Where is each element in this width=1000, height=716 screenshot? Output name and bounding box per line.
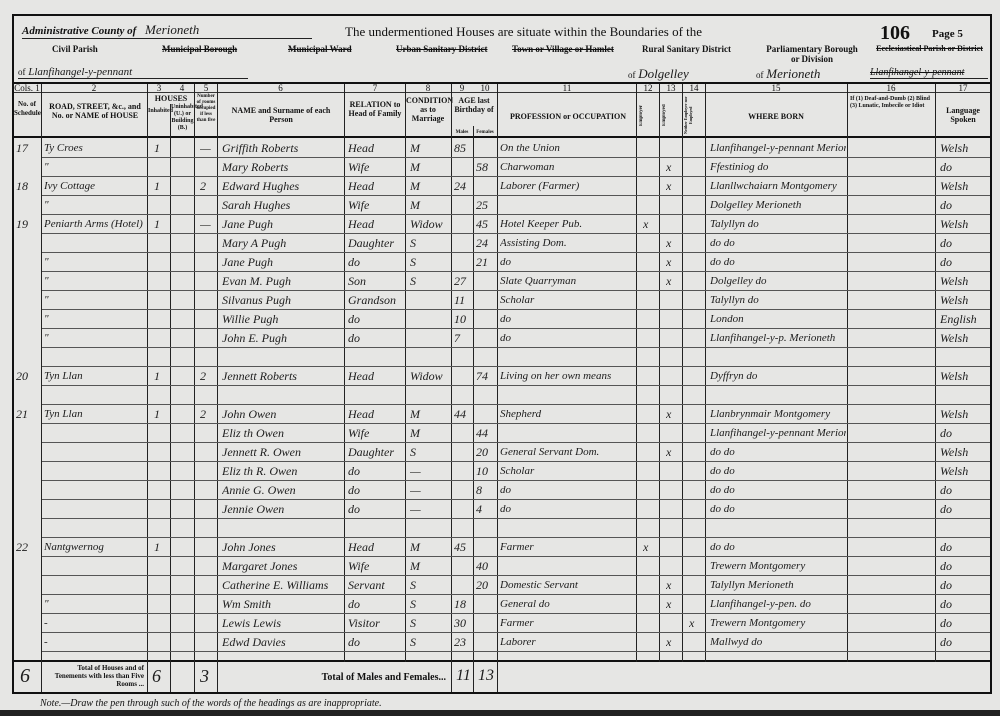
person-name: Willie Pugh (222, 311, 344, 327)
condition: M (410, 425, 450, 441)
row-rule (42, 423, 990, 424)
condition: S (410, 254, 450, 270)
person-name: Edward Hughes (222, 178, 344, 194)
heading-age: AGE last Birthday of (452, 96, 496, 114)
employed: x (666, 273, 680, 289)
person-name: Jennett Roberts (222, 368, 344, 384)
relation: Head (348, 178, 404, 194)
heading-condition: CONDITION as to Marriage (406, 96, 450, 123)
condition: S (410, 444, 450, 460)
town-village-label: Town or Village or Hamlet (512, 44, 614, 54)
col-number: 7 (345, 83, 405, 93)
divider (14, 660, 990, 662)
employed: x (666, 178, 680, 194)
relation: Head (348, 539, 404, 555)
where-born: London (710, 311, 846, 327)
relation: Grandson (348, 292, 404, 308)
neither: x (689, 615, 703, 631)
employed: x (666, 444, 680, 460)
heading-inhabited: Inhabited (148, 108, 170, 115)
row-rule (42, 651, 990, 652)
condition: M (410, 197, 450, 213)
language: do (940, 634, 990, 650)
heading-schedule: No. of Schedule (14, 100, 40, 118)
relation: Daughter (348, 444, 404, 460)
schedule-number: 19 (16, 216, 40, 232)
condition: M (410, 406, 450, 422)
occupation: do (500, 254, 635, 270)
employed: x (666, 159, 680, 175)
condition: S (410, 577, 450, 593)
age-female: 58 (476, 159, 496, 175)
relation: Daughter (348, 235, 404, 251)
scan-edge (0, 710, 1000, 716)
person-name: Eliz th R. Owen (222, 463, 344, 479)
civil-parish-label: Civil Parish (52, 44, 98, 54)
employed: x (666, 634, 680, 650)
schedule-number: 18 (16, 178, 40, 194)
row-rule (42, 347, 990, 348)
language: Welsh (940, 368, 990, 384)
relation: do (348, 596, 404, 612)
road-name: " (44, 311, 146, 327)
heading-road: ROAD, STREET, &c., and No. or NAME of HO… (44, 102, 146, 120)
col-number: Cols. 1 (14, 83, 40, 93)
person-name: Griffith Roberts (222, 140, 344, 156)
col-number: 12 (637, 83, 659, 93)
road-name: Peniarth Arms (Hotel) (44, 216, 146, 232)
relation: do (348, 254, 404, 270)
person-name: Jennett R. Owen (222, 444, 344, 460)
employed: x (666, 596, 680, 612)
heading-employer: Employer (637, 100, 659, 130)
where-born: Talyllyn Merioneth (710, 577, 846, 593)
condition: S (410, 235, 450, 251)
col-number: 16 (848, 83, 934, 93)
person-name: Silvanus Pugh (222, 292, 344, 308)
where-born: Trewern Montgomery (710, 558, 846, 574)
urban-sanitary-label: Urban Sanitary District (396, 44, 488, 54)
language: Welsh (940, 292, 990, 308)
road-name: Tyn Llan (44, 368, 146, 384)
person-name: Jane Pugh (222, 254, 344, 270)
language: do (940, 501, 990, 517)
age-female: 4 (476, 501, 496, 517)
road-name: " (44, 273, 146, 289)
employed: x (666, 254, 680, 270)
row-rule (42, 271, 990, 272)
parliamentary-value: Merioneth (766, 66, 820, 81)
where-born: do do (710, 482, 846, 498)
road-name: " (44, 159, 146, 175)
heading-employed: Employed (660, 100, 682, 130)
total-females: 13 (478, 668, 494, 684)
language: Welsh (940, 406, 990, 422)
road-name: " (44, 254, 146, 270)
boundaries-text: The undermentioned Houses are situate wi… (345, 24, 702, 40)
language: Welsh (940, 273, 990, 289)
condition: M (410, 178, 450, 194)
row-rule (42, 366, 990, 367)
heading-occupation: PROFESSION or OCCUPATION (500, 112, 636, 121)
age-male: 11 (454, 292, 472, 308)
schedule-number: 21 (16, 406, 40, 422)
where-born: Dolgelley do (710, 273, 846, 289)
civil-parish-field: of Llanfihangel-y-pennant (18, 66, 248, 79)
inhabited: 1 (154, 539, 168, 555)
column-line (473, 126, 474, 692)
occupation: Domestic Servant (500, 577, 635, 593)
age-female: 10 (476, 463, 496, 479)
age-female: 74 (476, 368, 496, 384)
language: do (940, 615, 990, 631)
relation: Wife (348, 425, 404, 441)
heading-relation: RELATION to Head of Family (345, 100, 405, 118)
folio-number: 106 (880, 22, 910, 45)
relation: Servant (348, 577, 404, 593)
where-born: Dyffryn do (710, 368, 846, 384)
occupation: Farmer (500, 539, 635, 555)
occupation: do (500, 330, 635, 346)
relation: Wife (348, 159, 404, 175)
ecclesiastical-label: Ecclesiastical Parish or District (872, 44, 987, 53)
heading-neither: Neither Employer nor Employed (683, 96, 705, 134)
where-born: do do (710, 235, 846, 251)
age-female: 24 (476, 235, 496, 251)
census-page: Administrative County of Merioneth The u… (0, 0, 1000, 716)
total-houses-label: Total of Houses and of Tenements with le… (48, 664, 144, 688)
age-male: 45 (454, 539, 472, 555)
schedule-number: 20 (16, 368, 40, 384)
occupation: Hotel Keeper Pub. (500, 216, 635, 232)
total-inhabited: 6 (152, 668, 161, 684)
person-name: John E. Pugh (222, 330, 344, 346)
heading-where-born: WHERE BORN (706, 112, 846, 121)
where-born: do do (710, 444, 846, 460)
where-born: Talyllyn do (710, 292, 846, 308)
language: Welsh (940, 330, 990, 346)
condition: — (410, 482, 450, 498)
age-male: 24 (454, 178, 472, 194)
heading-name: NAME and Surname of each Person (226, 106, 336, 124)
parliamentary-field: of Merioneth (756, 66, 861, 83)
row-rule (42, 157, 990, 158)
road-name: " (44, 292, 146, 308)
rooms: 2 (200, 178, 214, 194)
col-number: 11 (498, 83, 636, 93)
inhabited: 1 (154, 406, 168, 422)
total-schedules: 6 (20, 668, 30, 684)
page-label: Page 5 (932, 28, 963, 40)
col-number: 3 (148, 83, 170, 93)
where-born: Llanllwchaiarn Montgomery (710, 178, 846, 194)
relation: do (348, 330, 404, 346)
where-born: do do (710, 254, 846, 270)
relation: Head (348, 216, 404, 232)
admin-county-label: Administrative County of (22, 25, 136, 37)
relation: do (348, 311, 404, 327)
language: do (940, 596, 990, 612)
age-male: 30 (454, 615, 472, 631)
relation: Visitor (348, 615, 404, 631)
condition: Widow (410, 216, 450, 232)
where-born: Llanfihangel-y-pen. do (710, 596, 846, 612)
age-male: 7 (454, 330, 472, 346)
row-rule (42, 632, 990, 633)
age-male: 18 (454, 596, 472, 612)
row-rule (42, 290, 990, 291)
col-number: 9 (452, 83, 472, 93)
occupation: General do (500, 596, 635, 612)
ecclesiastical-field: Llanfihangel-y-pennant (870, 66, 988, 79)
row-rule (42, 385, 990, 386)
age-female: 20 (476, 577, 496, 593)
person-name: Edwd Davies (222, 634, 344, 650)
relation: Wife (348, 197, 404, 213)
total-males: 11 (456, 668, 471, 684)
where-born: Llanfihangel-y-p. Merioneth (710, 330, 846, 346)
person-name: John Owen (222, 406, 344, 422)
occupation: Assisting Dom. (500, 235, 635, 251)
municipal-borough-label: Municipal Borough (162, 44, 237, 54)
row-rule (42, 252, 990, 253)
condition: M (410, 140, 450, 156)
condition: S (410, 273, 450, 289)
ecclesiastical-value: Llanfihangel-y-pennant (870, 67, 964, 78)
where-born: Trewern Montgomery (710, 615, 846, 631)
road-name: Ivy Cottage (44, 178, 146, 194)
language: do (940, 539, 990, 555)
occupation: Slate Quarryman (500, 273, 635, 289)
row-rule (42, 556, 990, 557)
relation: do (348, 482, 404, 498)
occupation: Shepherd (500, 406, 635, 422)
age-female: 40 (476, 558, 496, 574)
condition: — (410, 463, 450, 479)
municipal-ward-label: Municipal Ward (288, 44, 352, 54)
relation: do (348, 634, 404, 650)
condition: M (410, 159, 450, 175)
condition: S (410, 596, 450, 612)
schedule-number: 22 (16, 539, 40, 555)
where-born: Ffestiniog do (710, 159, 846, 175)
row-rule (42, 613, 990, 614)
heading-uninhabited: Uninhabited (U.) or Building (B.) (171, 104, 194, 132)
row-rule (42, 575, 990, 576)
road-name: " (44, 197, 146, 213)
language: do (940, 235, 990, 251)
person-name: Jane Pugh (222, 216, 344, 232)
occupation: Living on her own means (500, 368, 635, 384)
age-female: 45 (476, 216, 496, 232)
age-female: 20 (476, 444, 496, 460)
row-rule (42, 594, 990, 595)
row-rule (42, 499, 990, 500)
col-number: 13 (660, 83, 682, 93)
col-number: 10 (474, 83, 496, 93)
heading-language: Language Spoken (936, 106, 990, 124)
person-name: Annie G. Owen (222, 482, 344, 498)
rooms: 2 (200, 406, 214, 422)
rooms: — (200, 216, 214, 232)
row-rule (42, 480, 990, 481)
language: Welsh (940, 216, 990, 232)
total-rooms: 3 (200, 668, 209, 684)
road-name: Tyn Llan (44, 406, 146, 422)
heading-rooms: Number of rooms occupied if less than fi… (195, 94, 217, 124)
row-rule (42, 518, 990, 519)
person-name: Jennie Owen (222, 501, 344, 517)
relation: Head (348, 140, 404, 156)
relation: Wife (348, 558, 404, 574)
employer: x (643, 216, 657, 232)
person-name: Evan M. Pugh (222, 273, 344, 289)
admin-county-value: Merioneth (145, 22, 199, 37)
col-number: 14 (683, 83, 705, 93)
rooms: — (200, 140, 214, 156)
language: do (940, 577, 990, 593)
age-male: 10 (454, 311, 472, 327)
heading-houses: HOUSES (148, 94, 194, 103)
language: Welsh (940, 178, 990, 194)
row-rule (42, 404, 990, 405)
col-number: 5 (195, 83, 217, 93)
occupation: Laborer (Farmer) (500, 178, 635, 194)
column-line (170, 104, 171, 692)
rural-sanitary-value: Dolgelley (638, 66, 689, 81)
road-name: " (44, 330, 146, 346)
relation: do (348, 501, 404, 517)
col-number: 17 (936, 83, 990, 93)
age-female: 25 (476, 197, 496, 213)
language: do (940, 197, 990, 213)
person-name: Lewis Lewis (222, 615, 344, 631)
admin-county: Administrative County of Merioneth (22, 22, 312, 39)
inhabited: 1 (154, 216, 168, 232)
where-born: Llanbrynmair Montgomery (710, 406, 846, 422)
road-name: Ty Croes (44, 140, 146, 156)
inhabited: 1 (154, 178, 168, 194)
employed: x (666, 406, 680, 422)
occupation: Laborer (500, 634, 635, 650)
col-number: 15 (706, 83, 846, 93)
condition: — (410, 501, 450, 517)
parliamentary-label: Parliamentary Borough or Division (762, 44, 862, 64)
schedule-number: 17 (16, 140, 40, 156)
inhabited: 1 (154, 368, 168, 384)
person-name: Wm Smith (222, 596, 344, 612)
condition: S (410, 615, 450, 631)
condition: Widow (410, 368, 450, 384)
row-rule (42, 442, 990, 443)
age-male: 85 (454, 140, 472, 156)
language: Welsh (940, 463, 990, 479)
occupation: On the Union (500, 140, 635, 156)
occupation: Scholar (500, 292, 635, 308)
person-name: John Jones (222, 539, 344, 555)
row-rule (42, 195, 990, 196)
occupation: General Servant Dom. (500, 444, 635, 460)
employer: x (643, 539, 657, 555)
person-name: Margaret Jones (222, 558, 344, 574)
row-rule (42, 176, 990, 177)
language: do (940, 558, 990, 574)
language: Welsh (940, 140, 990, 156)
age-female: 21 (476, 254, 496, 270)
where-born: do do (710, 463, 846, 479)
where-born: Mallwyd do (710, 634, 846, 650)
age-female: 44 (476, 425, 496, 441)
where-born: do do (710, 539, 846, 555)
person-name: Catherine E. Williams (222, 577, 344, 593)
col-number: 4 (171, 83, 193, 93)
employed: x (666, 235, 680, 251)
row-rule (42, 309, 990, 310)
divider (14, 136, 990, 138)
language: English (940, 311, 990, 327)
relation: do (348, 463, 404, 479)
where-born: Dolgelley Merioneth (710, 197, 846, 213)
age-male: 23 (454, 634, 472, 650)
road-name: " (44, 596, 146, 612)
occupation: do (500, 311, 635, 327)
road-name: Nantgwernog (44, 539, 146, 555)
row-rule (42, 537, 990, 538)
language: do (940, 482, 990, 498)
person-name: Sarah Hughes (222, 197, 344, 213)
age-male: 27 (454, 273, 472, 289)
age-female: 8 (476, 482, 496, 498)
col-number: 2 (42, 83, 146, 93)
row-rule (42, 328, 990, 329)
rural-sanitary-field: of Dolgelley (628, 66, 728, 83)
employed: x (666, 577, 680, 593)
civil-parish-value: Llanfihangel-y-pennant (28, 66, 132, 78)
language: Welsh (940, 444, 990, 460)
language: do (940, 254, 990, 270)
condition: S (410, 634, 450, 650)
total-persons-label: Total of Males and Females... (250, 673, 446, 682)
occupation: Farmer (500, 615, 635, 631)
person-name: Eliz th Owen (222, 425, 344, 441)
relation: Son (348, 273, 404, 289)
person-name: Mary Roberts (222, 159, 344, 175)
road-name: - (44, 634, 146, 650)
rooms: 2 (200, 368, 214, 384)
row-rule (42, 461, 990, 462)
rural-sanitary-label: Rural Sanitary District (642, 44, 731, 54)
heading-females: Females (474, 128, 496, 137)
row-rule (42, 233, 990, 234)
footer-note: Note.—Draw the pen through such of the w… (40, 698, 382, 709)
where-born: Llanfihangel-y-pennant Merioneth (710, 425, 846, 441)
age-male: 44 (454, 406, 472, 422)
occupation: Scholar (500, 463, 635, 479)
row-rule (42, 214, 990, 215)
col-number: 6 (218, 83, 343, 93)
condition: M (410, 539, 450, 555)
inhabited: 1 (154, 140, 168, 156)
occupation: Charwoman (500, 159, 635, 175)
road-name: - (44, 615, 146, 631)
col-number: 8 (406, 83, 450, 93)
relation: Head (348, 368, 404, 384)
occupation: do (500, 501, 635, 517)
person-name: Mary A Pugh (222, 235, 344, 251)
heading-infirmity: If (1) Deaf-and-Dumb (2) Blind (3) Lunat… (850, 96, 934, 110)
heading-males: Males (452, 128, 472, 137)
where-born: do do (710, 501, 846, 517)
